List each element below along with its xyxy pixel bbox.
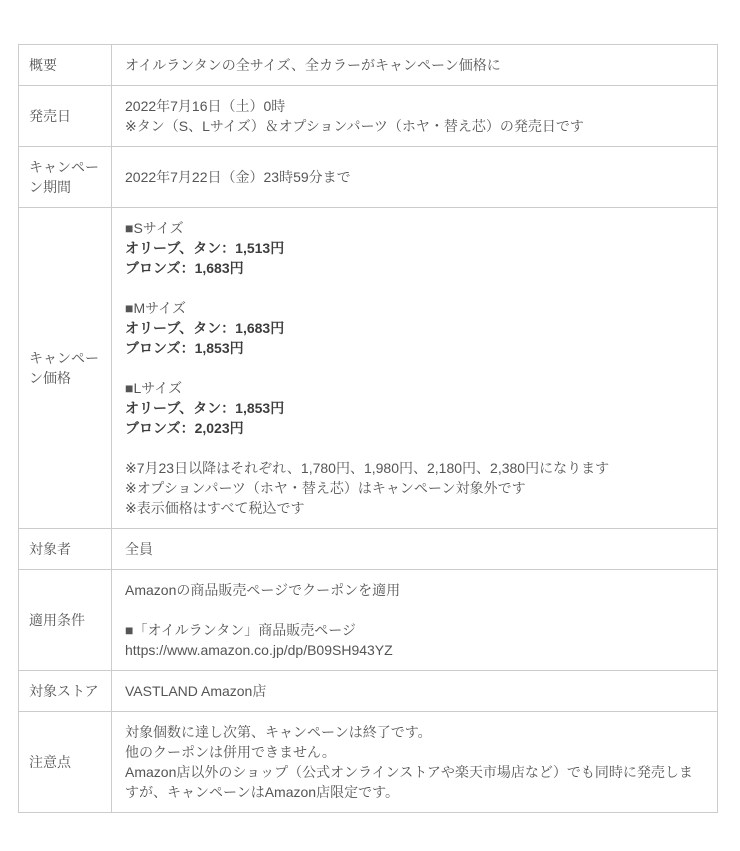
content-line: ※表示価格はすべて税込です xyxy=(125,498,704,518)
table-row: 適用条件 Amazonの商品販売ページでクーポンを適用■「オイルランタン」商品販… xyxy=(19,570,718,671)
row-label: キャンペーン価格 xyxy=(19,208,112,529)
row-label: 適用条件 xyxy=(19,570,112,671)
table-row: 概要 オイルランタンの全サイズ、全カラーがキャンペーン価格に xyxy=(19,45,718,86)
content-line: 2022年7月22日（金）23時59分まで xyxy=(125,167,704,187)
content-line: ■「オイルランタン」商品販売ページ xyxy=(125,620,704,640)
content-line: 他のクーポンは併用できません。 xyxy=(125,742,704,762)
content-line: 全員 xyxy=(125,539,704,559)
content-line: オイルランタンの全サイズ、全カラーがキャンペーン価格に xyxy=(125,55,704,75)
content-line: オリーブ、タン：1,513円 xyxy=(125,238,704,258)
row-content: 対象個数に達し次第、キャンペーンは終了です。他のクーポンは併用できません。Ama… xyxy=(112,712,718,813)
row-label: 発売日 xyxy=(19,86,112,147)
row-content: オイルランタンの全サイズ、全カラーがキャンペーン価格に xyxy=(112,45,718,86)
row-label: キャンペーン期間 xyxy=(19,147,112,208)
row-content: 2022年7月22日（金）23時59分まで xyxy=(112,147,718,208)
blank-line xyxy=(125,358,704,378)
content-line: ■Mサイズ xyxy=(125,298,704,318)
content-line: ■Lサイズ xyxy=(125,378,704,398)
content-line: ブロンズ：1,683円 xyxy=(125,258,704,278)
row-content: Amazonの商品販売ページでクーポンを適用■「オイルランタン」商品販売ページh… xyxy=(112,570,718,671)
content-line: https://www.amazon.co.jp/dp/B09SH943YZ xyxy=(125,640,704,660)
table-row: 発売日 2022年7月16日（土）0時※タン（S、Lサイズ）＆オプションパーツ（… xyxy=(19,86,718,147)
table-row: キャンペーン期間 2022年7月22日（金）23時59分まで xyxy=(19,147,718,208)
content-line: ■Sサイズ xyxy=(125,218,704,238)
row-label: 対象ストア xyxy=(19,671,112,712)
content-line: ※タン（S、Lサイズ）＆オプションパーツ（ホヤ・替え芯）の発売日です xyxy=(125,116,704,136)
campaign-info-table: 概要 オイルランタンの全サイズ、全カラーがキャンペーン価格に 発売日 2022年… xyxy=(18,44,718,813)
table-row: 注意点 対象個数に達し次第、キャンペーンは終了です。他のクーポンは併用できません… xyxy=(19,712,718,813)
content-line: 2022年7月16日（土）0時 xyxy=(125,96,704,116)
row-content: ■Sサイズオリーブ、タン：1,513円ブロンズ：1,683円■Mサイズオリーブ、… xyxy=(112,208,718,529)
content-line: ※7月23日以降はそれぞれ、1,780円、1,980円、2,180円、2,380… xyxy=(125,458,704,478)
content-line: ブロンズ：1,853円 xyxy=(125,338,704,358)
content-line: オリーブ、タン：1,853円 xyxy=(125,398,704,418)
content-line: ※オプションパーツ（ホヤ・替え芯）はキャンペーン対象外です xyxy=(125,478,704,498)
blank-line xyxy=(125,278,704,298)
row-label: 概要 xyxy=(19,45,112,86)
content-line: 対象個数に達し次第、キャンペーンは終了です。 xyxy=(125,722,704,742)
blank-line xyxy=(125,438,704,458)
table-row: 対象ストア VASTLAND Amazon店 xyxy=(19,671,718,712)
row-content: 2022年7月16日（土）0時※タン（S、Lサイズ）＆オプションパーツ（ホヤ・替… xyxy=(112,86,718,147)
content-line: Amazon店以外のショップ（公式オンラインストアや楽天市場店など）でも同時に発… xyxy=(125,762,704,802)
row-content: VASTLAND Amazon店 xyxy=(112,671,718,712)
campaign-info-table-body: 概要 オイルランタンの全サイズ、全カラーがキャンペーン価格に 発売日 2022年… xyxy=(19,45,718,813)
content-line: ブロンズ：2,023円 xyxy=(125,418,704,438)
page: 概要 オイルランタンの全サイズ、全カラーがキャンペーン価格に 発売日 2022年… xyxy=(0,0,740,851)
table-row: キャンペーン価格 ■Sサイズオリーブ、タン：1,513円ブロンズ：1,683円■… xyxy=(19,208,718,529)
row-label: 注意点 xyxy=(19,712,112,813)
content-line: オリーブ、タン：1,683円 xyxy=(125,318,704,338)
table-row: 対象者 全員 xyxy=(19,529,718,570)
row-label: 対象者 xyxy=(19,529,112,570)
content-line: Amazonの商品販売ページでクーポンを適用 xyxy=(125,580,704,600)
row-content: 全員 xyxy=(112,529,718,570)
content-line: VASTLAND Amazon店 xyxy=(125,681,704,701)
blank-line xyxy=(125,600,704,620)
